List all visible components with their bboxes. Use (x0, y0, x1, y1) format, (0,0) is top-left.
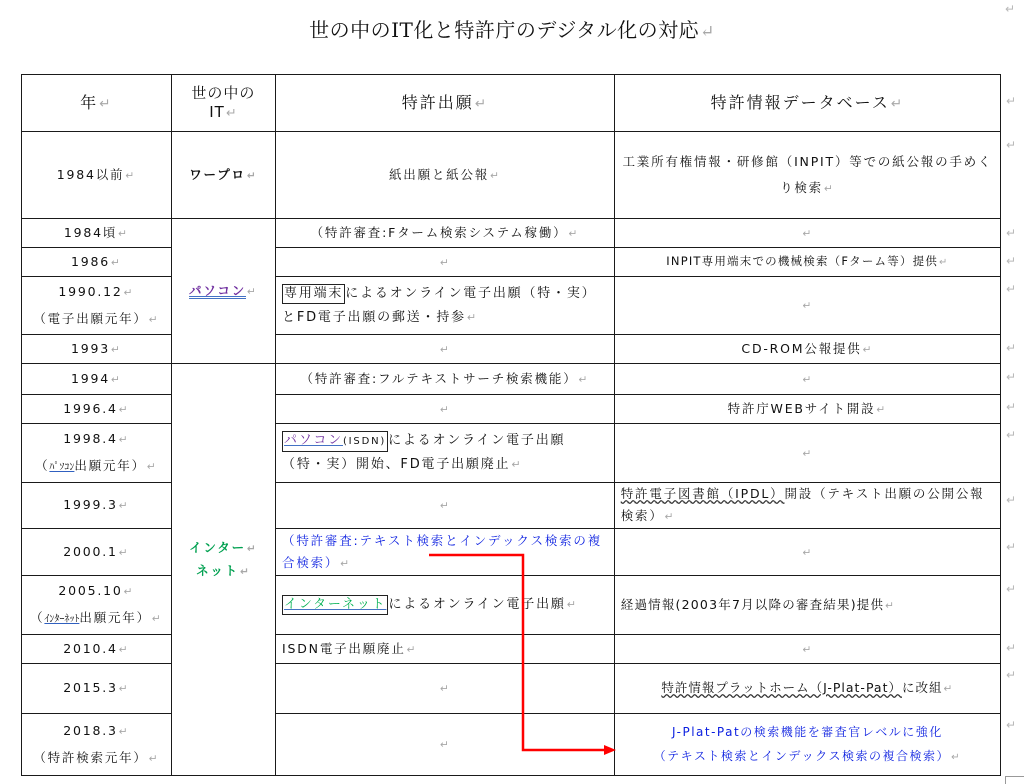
paragraph-mark-icon: ↵ (119, 725, 130, 738)
row-end-mark-icon: ↵ (1006, 370, 1016, 384)
database-text: J-Plat-Patの検索機能を審査官レベルに強化 (672, 725, 943, 739)
row-end-mark-icon: ↵ (1006, 428, 1016, 442)
filing-text: 紙出願と紙公報 (389, 167, 489, 182)
year-note-underlined: ｲﾝﾀｰﾈｯﾄ (44, 614, 79, 625)
database-cell: ↵ (614, 635, 1000, 664)
database-text: 経過情報(2003年7月以降の審査結果)提供 (621, 597, 884, 612)
paragraph-mark-icon: ↵ (247, 285, 258, 298)
year-note-text: 出願元年） (74, 458, 146, 473)
filing-cell: ISDN電子出願廃止↵ (276, 635, 615, 664)
row-end-mark-icon: ↵ (1006, 400, 1016, 414)
paragraph-mark-icon: ↵ (567, 598, 578, 611)
it-era-wapuro: ワープロ↵ (171, 132, 275, 219)
paragraph-mark-icon: ↵ (803, 643, 814, 656)
paragraph-mark-icon: ↵ (119, 682, 130, 695)
paragraph-mark-icon: ↵ (944, 682, 954, 695)
paragraph-mark-icon: ↵ (440, 682, 451, 695)
year-cell: 2015.3↵ (22, 664, 172, 714)
database-wavy-text: 特許情報プラットホーム（J-Plat-Pat） (661, 680, 902, 695)
row-end-mark-icon: ↵ (1006, 282, 1016, 296)
database-cell: CD-ROM公報提供↵ (614, 335, 1000, 364)
database-text: に改組 (902, 680, 943, 695)
row-end-mark-icon: ↵ (1006, 138, 1016, 152)
filing-text: （特許審査:フルテキストサーチ検索機能） (301, 371, 578, 386)
paragraph-mark-icon: ↵ (803, 373, 814, 386)
row-end-mark-icon: ↵ (1006, 668, 1016, 682)
paragraph-mark-icon: ↵ (803, 447, 814, 460)
paragraph-mark-icon: ↵ (119, 499, 130, 512)
paragraph-mark-icon: ↵ (125, 169, 136, 182)
paragraph-mark-icon: ↵ (111, 256, 122, 269)
filing-cell: ↵ (276, 664, 615, 714)
title-text: 世の中のIT化と特許庁のデジタル化の対応 (309, 18, 699, 42)
end-of-table-marker (1005, 776, 1024, 784)
year-text: 2015.3 (63, 680, 118, 695)
header-it: 世の中のIT↵ (171, 75, 275, 132)
database-cell: ↵ (614, 364, 1000, 395)
database-cell: ↵ (614, 277, 1000, 335)
year-note-text: 出願元年） (79, 610, 151, 625)
year-text: 1998.4 (63, 431, 118, 446)
boxed-text: (ISDN) (343, 436, 386, 447)
year-note-text: （ (30, 610, 44, 625)
paragraph-mark-icon: ↵ (803, 227, 814, 240)
it-era-internet: インター↵ネット↵ (171, 364, 275, 776)
row-end-mark-icon: ↵ (1006, 226, 1016, 240)
year-cell: 1994↵ (22, 364, 172, 395)
paragraph-mark-icon: ↵ (119, 433, 130, 446)
year-cell: 2018.3↵（特許検索元年）↵ (22, 714, 172, 776)
paragraph-mark-icon: ↵ (124, 286, 135, 299)
year-note-underlined: ﾊﾟｿｺﾝ (49, 462, 74, 473)
header-filing-text: 特許出願 (402, 93, 474, 112)
it-digitalization-table: 年↵ 世の中のIT↵ 特許出願↵ 特許情報データベース↵ 1984以前↵ ワープ… (21, 74, 1001, 776)
paragraph-mark-icon: ↵ (124, 585, 135, 598)
it-era-text: パソコン (189, 283, 246, 298)
header-year: 年↵ (22, 75, 172, 132)
year-note-text: （特許検索元年） (33, 750, 147, 765)
paragraph-mark-icon: ↵ (247, 542, 258, 555)
year-note-text: （ (35, 458, 49, 473)
paragraph-mark-icon: ↵ (440, 256, 451, 269)
year-cell: 2010.4↵ (22, 635, 172, 664)
table-row: 2000.1↵ （特許審査:テキスト検索とインデックス検索の複合検索）↵ ↵ (22, 529, 1001, 576)
paragraph-mark-icon: ↵ (226, 106, 238, 121)
row-end-mark-icon: ↵ (1006, 94, 1016, 108)
row-end-mark-icon: ↵ (1006, 341, 1016, 355)
paragraph-mark-icon: ↵ (111, 373, 122, 386)
row-end-mark-icon: ↵ (1006, 718, 1016, 732)
database-text: （テキスト検索とインデックス検索の複合検索） (654, 749, 950, 763)
boxed-colored-text: インターネット (282, 595, 388, 615)
database-wavy-text: 特許電子図書館（IPDL） (621, 486, 785, 501)
year-cell: 1998.4↵（ﾊﾟｿｺﾝ出願元年）↵ (22, 424, 172, 483)
paragraph-mark-icon: ↵ (119, 403, 130, 416)
table-row: 1986↵ ↵ INPIT専用端末での機械検索（Fターム等）提供↵ (22, 248, 1001, 277)
year-cell: 1999.3↵ (22, 483, 172, 529)
table-row: 2010.4↵ ISDN電子出願廃止↵ ↵ (22, 635, 1001, 664)
database-cell: ↵ (614, 219, 1000, 248)
header-database: 特許情報データベース↵ (614, 75, 1000, 132)
filing-text: （特許審査:テキスト検索とインデックス検索の複合検索） (282, 533, 602, 570)
paragraph-mark-icon: ↵ (340, 557, 351, 570)
filing-cell: ↵ (276, 248, 615, 277)
paragraph-mark-icon: ↵ (440, 499, 451, 512)
year-text: 2010.4 (63, 641, 118, 656)
filing-cell: インターネットによるオンライン電子出願↵ (276, 576, 615, 635)
year-cell: 1993↵ (22, 335, 172, 364)
paragraph-mark-icon: ↵ (99, 96, 112, 112)
paragraph-mark-icon: ↵ (863, 343, 874, 356)
database-cell: J-Plat-Patの検索機能を審査官レベルに強化（テキスト検索とインデックス検… (614, 714, 1000, 776)
filing-text: によるオンライン電子出願 (388, 597, 565, 612)
header-it-text: 世の中のIT (191, 84, 255, 121)
paragraph-mark-icon: ↵ (568, 227, 579, 240)
database-text: 工業所有権情報・研修館（INPIT）等での紙公報の手めくり検索 (622, 154, 992, 195)
database-cell: 経過情報(2003年7月以降の審査結果)提供↵ (614, 576, 1000, 635)
paragraph-mark-icon: ↵ (440, 738, 451, 751)
paragraph-mark-icon: ↵ (885, 599, 895, 612)
paragraph-mark-icon: ↵ (119, 546, 130, 559)
paragraph-mark-icon: ↵ (490, 169, 501, 182)
paragraph-mark-icon: ↵ (247, 169, 258, 182)
year-text: 1996.4 (63, 401, 118, 416)
filing-text: ISDN電子出願廃止 (282, 641, 406, 656)
table-row: 1984以前↵ ワープロ↵ 紙出願と紙公報↵ 工業所有権情報・研修館（INPIT… (22, 132, 1001, 219)
filing-cell: ↵ (276, 335, 615, 364)
filing-cell: ↵ (276, 483, 615, 529)
database-cell: 特許情報プラットホーム（J-Plat-Pat）に改組↵ (614, 664, 1000, 714)
paragraph-mark-icon: ↵ (152, 612, 163, 625)
year-cell: 1986↵ (22, 248, 172, 277)
paragraph-mark-icon: ↵ (407, 643, 418, 656)
row-end-mark-icon: ↵ (1006, 254, 1016, 268)
paragraph-mark-icon: ↵ (467, 311, 478, 324)
header-filing: 特許出願↵ (276, 75, 615, 132)
year-text: 1993 (71, 341, 110, 356)
year-cell: 1996.4↵ (22, 395, 172, 424)
table-row: 1993↵ ↵ CD-ROM公報提供↵ (22, 335, 1001, 364)
filing-cell: 専用端末によるオンライン電子出願（特・実）とFD電子出願の郵送・持参↵ (276, 277, 615, 335)
year-cell: 2005.10↵（ｲﾝﾀｰﾈｯﾄ出願元年）↵ (22, 576, 172, 635)
year-text: 1986 (71, 254, 110, 269)
year-text: 1984以前 (57, 167, 125, 182)
paragraph-mark-icon: ↵ (824, 182, 835, 195)
table-row: 2005.10↵（ｲﾝﾀｰﾈｯﾄ出願元年）↵ インターネットによるオンライン電子… (22, 576, 1001, 635)
database-cell: 特許庁WEBサイト開設↵ (614, 395, 1000, 424)
filing-cell: （特許審査:Fターム検索システム稼働）↵ (276, 219, 615, 248)
it-era-text: ワープロ (189, 167, 246, 182)
filing-cell: （特許審査:フルテキストサーチ検索機能）↵ (276, 364, 615, 395)
year-text: 1984頃 (64, 225, 117, 240)
year-note-text: （電子出願元年） (33, 311, 147, 326)
database-cell: ↵ (614, 529, 1000, 576)
paragraph-mark-icon: ↵ (951, 752, 961, 763)
it-era-pasokon: パソコン↵ (171, 219, 275, 364)
database-cell: 工業所有権情報・研修館（INPIT）等での紙公報の手めくり検索↵ (614, 132, 1000, 219)
year-text: 1994 (71, 371, 110, 386)
filing-cell: ↵ (276, 714, 615, 776)
table-row: 1998.4↵（ﾊﾟｿｺﾝ出願元年）↵ パソコン(ISDN)によるオンライン電子… (22, 424, 1001, 483)
boxed-colored-text: パソコン (284, 433, 343, 448)
paragraph-mark-icon: ↵ (440, 343, 451, 356)
filing-cell: （特許審査:テキスト検索とインデックス検索の複合検索）↵ (276, 529, 615, 576)
database-text: CD-ROM公報提供 (741, 341, 861, 356)
year-cell: 1984以前↵ (22, 132, 172, 219)
paragraph-mark-icon: ↵ (891, 96, 904, 112)
filing-cell: ↵ (276, 395, 615, 424)
filing-cell: 紙出願と紙公報↵ (276, 132, 615, 219)
year-text: 2005.10 (58, 583, 122, 598)
year-cell: 1984頃↵ (22, 219, 172, 248)
filing-text: （特許審査:Fターム検索システム稼働） (311, 225, 568, 240)
filing-cell: パソコン(ISDN)によるオンライン電子出願（特・実）開始、FD電子出願廃止↵ (276, 424, 615, 483)
row-end-mark-icon: ↵ (1006, 641, 1016, 655)
paragraph-mark-icon: ↵ (147, 460, 158, 473)
paragraph-mark-icon: ↵ (1005, 2, 1015, 16)
row-end-mark-icon: ↵ (1006, 582, 1016, 596)
paragraph-mark-icon: ↵ (700, 22, 715, 42)
year-text: 1999.3 (63, 497, 118, 512)
paragraph-mark-icon: ↵ (240, 565, 251, 578)
document-title: 世の中のIT化と特許庁のデジタル化の対応↵ (0, 14, 1024, 43)
it-era-text: ネット (196, 563, 239, 578)
paragraph-mark-icon: ↵ (440, 403, 451, 416)
year-text: 2000.1 (63, 544, 118, 559)
table-row: 2018.3↵（特許検索元年）↵ ↵ J-Plat-Patの検索機能を審査官レベ… (22, 714, 1001, 776)
table-row: 1999.3↵ ↵ 特許電子図書館（IPDL）開設（テキスト出願の公開公報検索）… (22, 483, 1001, 529)
paragraph-mark-icon: ↵ (665, 510, 676, 523)
database-cell: INPIT専用端末での機械検索（Fターム等）提供↵ (614, 248, 1000, 277)
year-text: 2018.3 (63, 723, 118, 738)
header-year-text: 年 (80, 93, 98, 112)
table-row: 1990.12↵（電子出願元年）↵ 専用端末によるオンライン電子出願（特・実）と… (22, 277, 1001, 335)
database-text: INPIT専用端末での機械検索（Fターム等）提供 (666, 254, 938, 268)
paragraph-mark-icon: ↵ (876, 403, 887, 416)
row-end-mark-icon: ↵ (1006, 540, 1016, 554)
table-header-row: 年↵ 世の中のIT↵ 特許出願↵ 特許情報データベース↵ (22, 75, 1001, 132)
it-era-text: インター (189, 540, 246, 555)
year-text: 1990.12 (58, 284, 122, 299)
database-cell: 特許電子図書館（IPDL）開設（テキスト出願の公開公報検索）↵ (614, 483, 1000, 529)
table-row: 1994↵ インター↵ネット↵ （特許審査:フルテキストサーチ検索機能）↵ ↵ (22, 364, 1001, 395)
paragraph-mark-icon: ↵ (803, 299, 814, 312)
paragraph-mark-icon: ↵ (149, 313, 160, 326)
database-text: 特許庁WEBサイト開設 (728, 401, 876, 416)
table-row: 2015.3↵ ↵ 特許情報プラットホーム（J-Plat-Pat）に改組↵ (22, 664, 1001, 714)
paragraph-mark-icon: ↵ (118, 227, 129, 240)
paragraph-mark-icon: ↵ (511, 458, 522, 471)
boxed-text: 専用端末 (282, 284, 345, 304)
year-cell: 2000.1↵ (22, 529, 172, 576)
year-cell: 1990.12↵（電子出願元年）↵ (22, 277, 172, 335)
database-cell: ↵ (614, 424, 1000, 483)
row-end-mark-icon: ↵ (1006, 493, 1016, 507)
paragraph-mark-icon: ↵ (149, 752, 160, 765)
paragraph-mark-icon: ↵ (939, 257, 948, 268)
paragraph-mark-icon: ↵ (111, 343, 122, 356)
paragraph-mark-icon: ↵ (579, 373, 590, 386)
table-row: 1984頃↵ パソコン↵ （特許審査:Fターム検索システム稼働）↵ ↵ (22, 219, 1001, 248)
table-row: 1996.4↵ ↵ 特許庁WEBサイト開設↵ (22, 395, 1001, 424)
paragraph-mark-icon: ↵ (803, 546, 814, 559)
paragraph-mark-icon: ↵ (119, 643, 130, 656)
header-database-text: 特許情報データベース (711, 93, 890, 112)
paragraph-mark-icon: ↵ (475, 96, 488, 112)
